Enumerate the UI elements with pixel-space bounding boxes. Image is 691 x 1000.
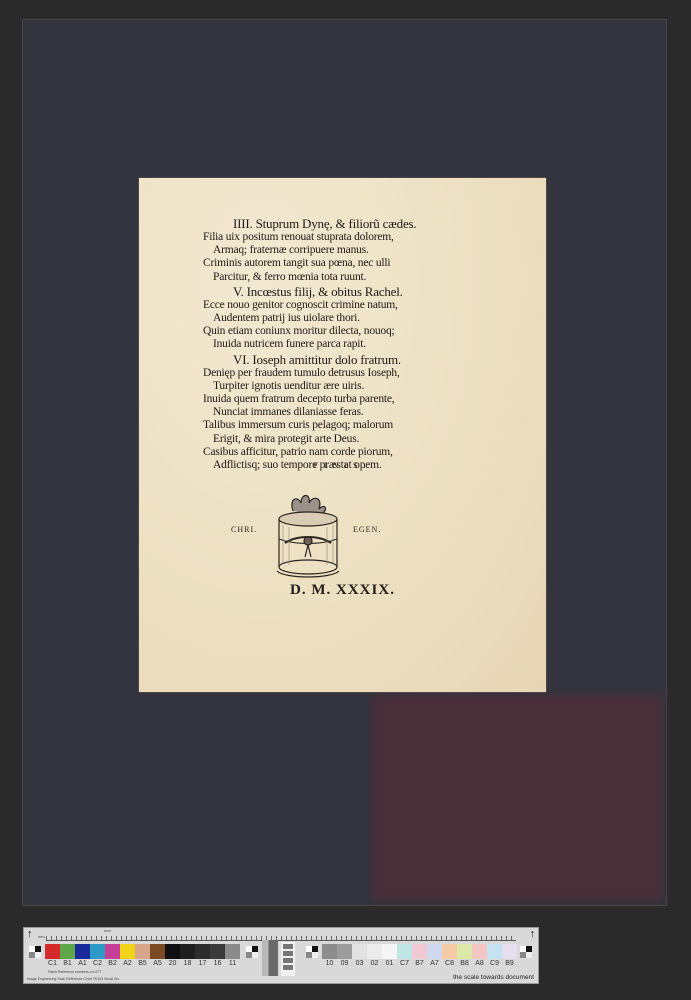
measurement-ruler <box>46 932 516 941</box>
up-arrow-icon: ↑ <box>530 928 536 940</box>
patch-18 <box>180 944 195 959</box>
verse-line: Talibus immersum curis pelagoq; malorum <box>199 419 509 432</box>
printer-mark-left: CHRI. <box>231 525 257 534</box>
verse-line: Ecce nouo genitor cognoscit crimine natu… <box>199 299 509 312</box>
up-arrow-icon: ↑ <box>27 928 33 940</box>
patch-label: 10 <box>322 960 337 967</box>
verse-line: Turpiter ignotis uenditur ære uiris. <box>199 380 509 393</box>
patch-label: 02 <box>367 960 382 967</box>
patch-label: A5 <box>150 960 165 967</box>
patch-label: B2 <box>105 960 120 967</box>
patch-11 <box>225 944 240 959</box>
patch-20 <box>165 944 180 959</box>
patch-b5 <box>135 944 150 959</box>
maker-line: Image Engineering Scan Reference Chart T… <box>27 977 120 981</box>
verse-line: Parcitur, & ferro mœnia tota ruunt. <box>199 271 509 284</box>
checker-target-icon <box>306 946 318 958</box>
patch-c7 <box>397 944 412 959</box>
resolution-target-icon <box>281 942 295 976</box>
section-heading: V. Incœstus filij, & obitus Rachel. <box>199 284 509 299</box>
patch-label: 17 <box>195 960 210 967</box>
patch-09 <box>337 944 352 959</box>
patch-label: A1 <box>75 960 90 967</box>
patch-c8 <box>442 944 457 959</box>
patch-a7 <box>427 944 442 959</box>
patch-label: A2 <box>120 960 135 967</box>
verse-line: Quin etiam coniunx moritur dilecta, nouo… <box>199 325 509 338</box>
flaming-vessel-emblem-icon <box>275 489 341 581</box>
verse-line: Nunciat immanes dilaniasse feras. <box>199 406 509 419</box>
patch-label: A8 <box>472 960 487 967</box>
checker-target-icon <box>29 946 41 958</box>
verse-line: Denięp per fraudem tumulo detrusus Iosep… <box>199 367 509 380</box>
section-heading: VI. Ioseph amittitur dolo fratrum. <box>199 352 509 367</box>
patch-label: 16 <box>210 960 225 967</box>
patch-label: B9 <box>502 960 517 967</box>
patch-label: C7 <box>397 960 412 967</box>
color-calibration-chart: ↑ ↑ mm inch C1 B1 A1 C2 B2 A2 B5 A5 20 1… <box>23 927 539 984</box>
imprint-date: D. M. XXXIX. <box>139 582 546 599</box>
patch-10 <box>322 944 337 959</box>
patch-label: C9 <box>487 960 502 967</box>
verse-line: Audentem patrij ius uiolare thori. <box>199 312 509 325</box>
left-patch-row <box>45 944 240 959</box>
checker-target-icon <box>246 946 258 958</box>
ruler-unit: mm <box>38 934 45 939</box>
chart-caption: the scale towards document <box>453 974 534 981</box>
right-patch-labels: 10 09 03 02 01 C7 B7 A7 C8 B8 A8 C9 B9 <box>322 960 517 967</box>
patch-label: B1 <box>60 960 75 967</box>
patch-03 <box>352 944 367 959</box>
patch-01 <box>382 944 397 959</box>
reddish-discoloration <box>372 695 662 900</box>
patch-label: B7 <box>412 960 427 967</box>
patch-c9 <box>487 944 502 959</box>
patch-16 <box>210 944 225 959</box>
left-patch-labels: C1 B1 A1 C2 B2 A2 B5 A5 20 18 17 16 11 <box>45 960 240 967</box>
patch-label: 18 <box>180 960 195 967</box>
patch-label: 01 <box>382 960 397 967</box>
patch-label: C8 <box>442 960 457 967</box>
patch-label: B5 <box>135 960 150 967</box>
patch-label: 20 <box>165 960 180 967</box>
verse-text: IIII. Stuprum Dynę, & filiorũ cædes. Fil… <box>199 216 509 472</box>
patch-17 <box>195 944 210 959</box>
patch-label: 03 <box>352 960 367 967</box>
patch-a8 <box>472 944 487 959</box>
right-patch-row <box>322 944 517 959</box>
verse-line: Filia uix positum renouat stuprata dolor… <box>199 231 509 244</box>
grey-reference-block <box>262 940 278 976</box>
patch-b2 <box>105 944 120 959</box>
patch-label: C1 <box>45 960 60 967</box>
finis-label: FINIS. <box>139 461 546 470</box>
patch-b8 <box>457 944 472 959</box>
patch-a2 <box>120 944 135 959</box>
verse-line: Inuida nutricem funere parca rapit. <box>199 338 509 351</box>
verse-line: Criminis autorem tangit sua pœna, nec ul… <box>199 257 509 270</box>
verse-line: Inuida quem fratrum decepto turba parent… <box>199 393 509 406</box>
patch-a1 <box>75 944 90 959</box>
patch-c1 <box>45 944 60 959</box>
patch-b9 <box>502 944 517 959</box>
patch-a5 <box>150 944 165 959</box>
printer-mark-right: EGEN. <box>353 525 381 534</box>
patch-label: C2 <box>90 960 105 967</box>
patch-b7 <box>412 944 427 959</box>
checker-target-icon <box>520 946 532 958</box>
patch-b1 <box>60 944 75 959</box>
verse-line: Erigit, & mira protegit arte Deus. <box>199 433 509 446</box>
document-page: IIII. Stuprum Dynę, & filiorũ cædes. Fil… <box>139 178 546 692</box>
patch-02 <box>367 944 382 959</box>
patch-note: Patch Reference numbers on UTT <box>48 970 101 974</box>
patch-label: 11 <box>225 960 240 967</box>
patch-label: A7 <box>427 960 442 967</box>
patch-label: 09 <box>337 960 352 967</box>
verse-line: Armaq; fraternæ corripuere manus. <box>199 244 509 257</box>
verse-line: Casibus afficitur, patrio nam corde pior… <box>199 446 509 459</box>
patch-c2 <box>90 944 105 959</box>
section-heading: IIII. Stuprum Dynę, & filiorũ cædes. <box>199 216 509 231</box>
patch-label: B8 <box>457 960 472 967</box>
